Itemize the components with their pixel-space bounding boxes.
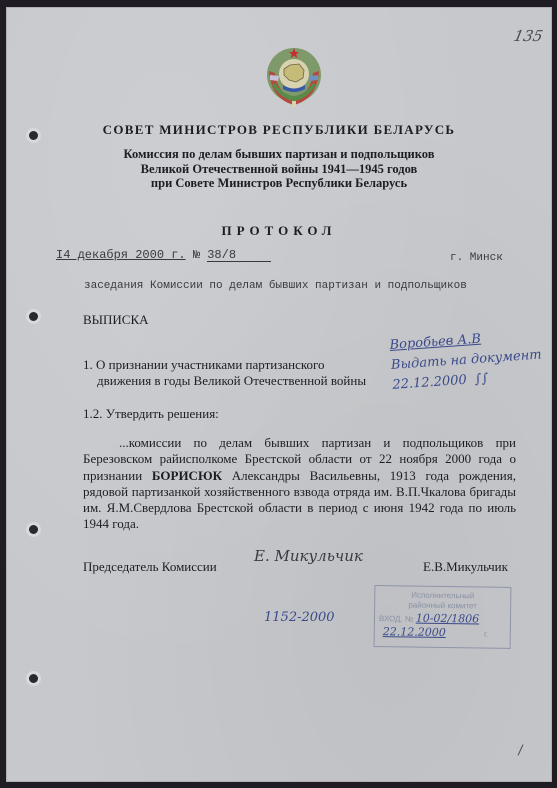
stamp-year-suffix: г. (484, 630, 488, 639)
document-page: 135 СОВЕТ МИНИСТРОВ РЕСПУБЛИКИ БЕЛАРУСЬ … (6, 7, 552, 782)
protocol-title: ПРОТОКОЛ (6, 223, 552, 239)
agenda-item-1-line: движения в годы Великой Отечественной во… (83, 373, 366, 389)
protocol-number-label: № (193, 248, 200, 262)
handwritten-resolution: Воробьев А.В Выдать на документ 22.12.20… (389, 325, 544, 395)
protocol-date-line: I4 декабря 2000 г. № 38/8 (56, 248, 271, 262)
council-heading: СОВЕТ МИНИСТРОВ РЕСПУБЛИКИ БЕЛАРУСЬ (6, 122, 552, 138)
agenda-item-1-2: 1.2. Утвердить решения: (83, 406, 219, 422)
agenda-item-1: 1. О признании участниками партизанского… (83, 357, 366, 388)
person-surname: БОРИСЮК (152, 468, 222, 483)
commission-heading: Комиссия по делам бывших партизан и подп… (6, 147, 552, 191)
stamp-line: ВХОД. № 10-02/1806 (379, 611, 479, 625)
protocol-date: I4 декабря 2000 г. (56, 248, 186, 262)
binder-hole (29, 525, 38, 534)
protocol-city: г. Минск (450, 252, 503, 264)
resolution-signature: ∫∫ (474, 371, 489, 387)
commission-line: при Совете Министров Республики Беларусь (6, 176, 552, 191)
decision-text: ...комиссии по делам бывших партизан и п… (83, 435, 516, 533)
stamp-line: Исполнительный (375, 590, 510, 601)
registration-number: 1152-2000 (264, 610, 335, 625)
binder-hole (29, 312, 38, 321)
commission-line: Великой Отечественной войны 1941—1945 го… (6, 162, 552, 177)
stamp-incoming-label: ВХОД. № (379, 614, 414, 623)
protocol-number: 38/8 (207, 249, 271, 262)
chairman-signature: Е. Микульчик (254, 547, 363, 565)
binder-hole (29, 674, 38, 683)
binder-hole (29, 131, 38, 140)
chairman-label: Председатель Комиссии (83, 559, 217, 575)
session-description: заседания Комиссии по делам бывших парти… (84, 280, 467, 292)
pencil-mark (518, 744, 524, 755)
extract-heading: ВЫПИСКА (83, 312, 149, 328)
agenda-item-1-line: 1. О признании участниками партизанского (83, 357, 366, 373)
stamp-date: 22.12.2000 (383, 625, 446, 639)
resolution-date: 22.12.2000 (392, 373, 467, 393)
chairman-name: Е.В.Микульчик (423, 559, 508, 575)
commission-line: Комиссия по делам бывших партизан и подп… (6, 147, 552, 162)
sheet-number: 135 (512, 27, 544, 45)
stamp-line: районный комитет (375, 600, 510, 611)
incoming-stamp: Исполнительный районный комитет ВХОД. № … (374, 585, 512, 649)
belarus-coat-of-arms-icon (263, 45, 325, 109)
stamp-line: 22.12.2000 г. (383, 625, 489, 639)
stamp-incoming-number: 10-02/1806 (416, 612, 480, 626)
